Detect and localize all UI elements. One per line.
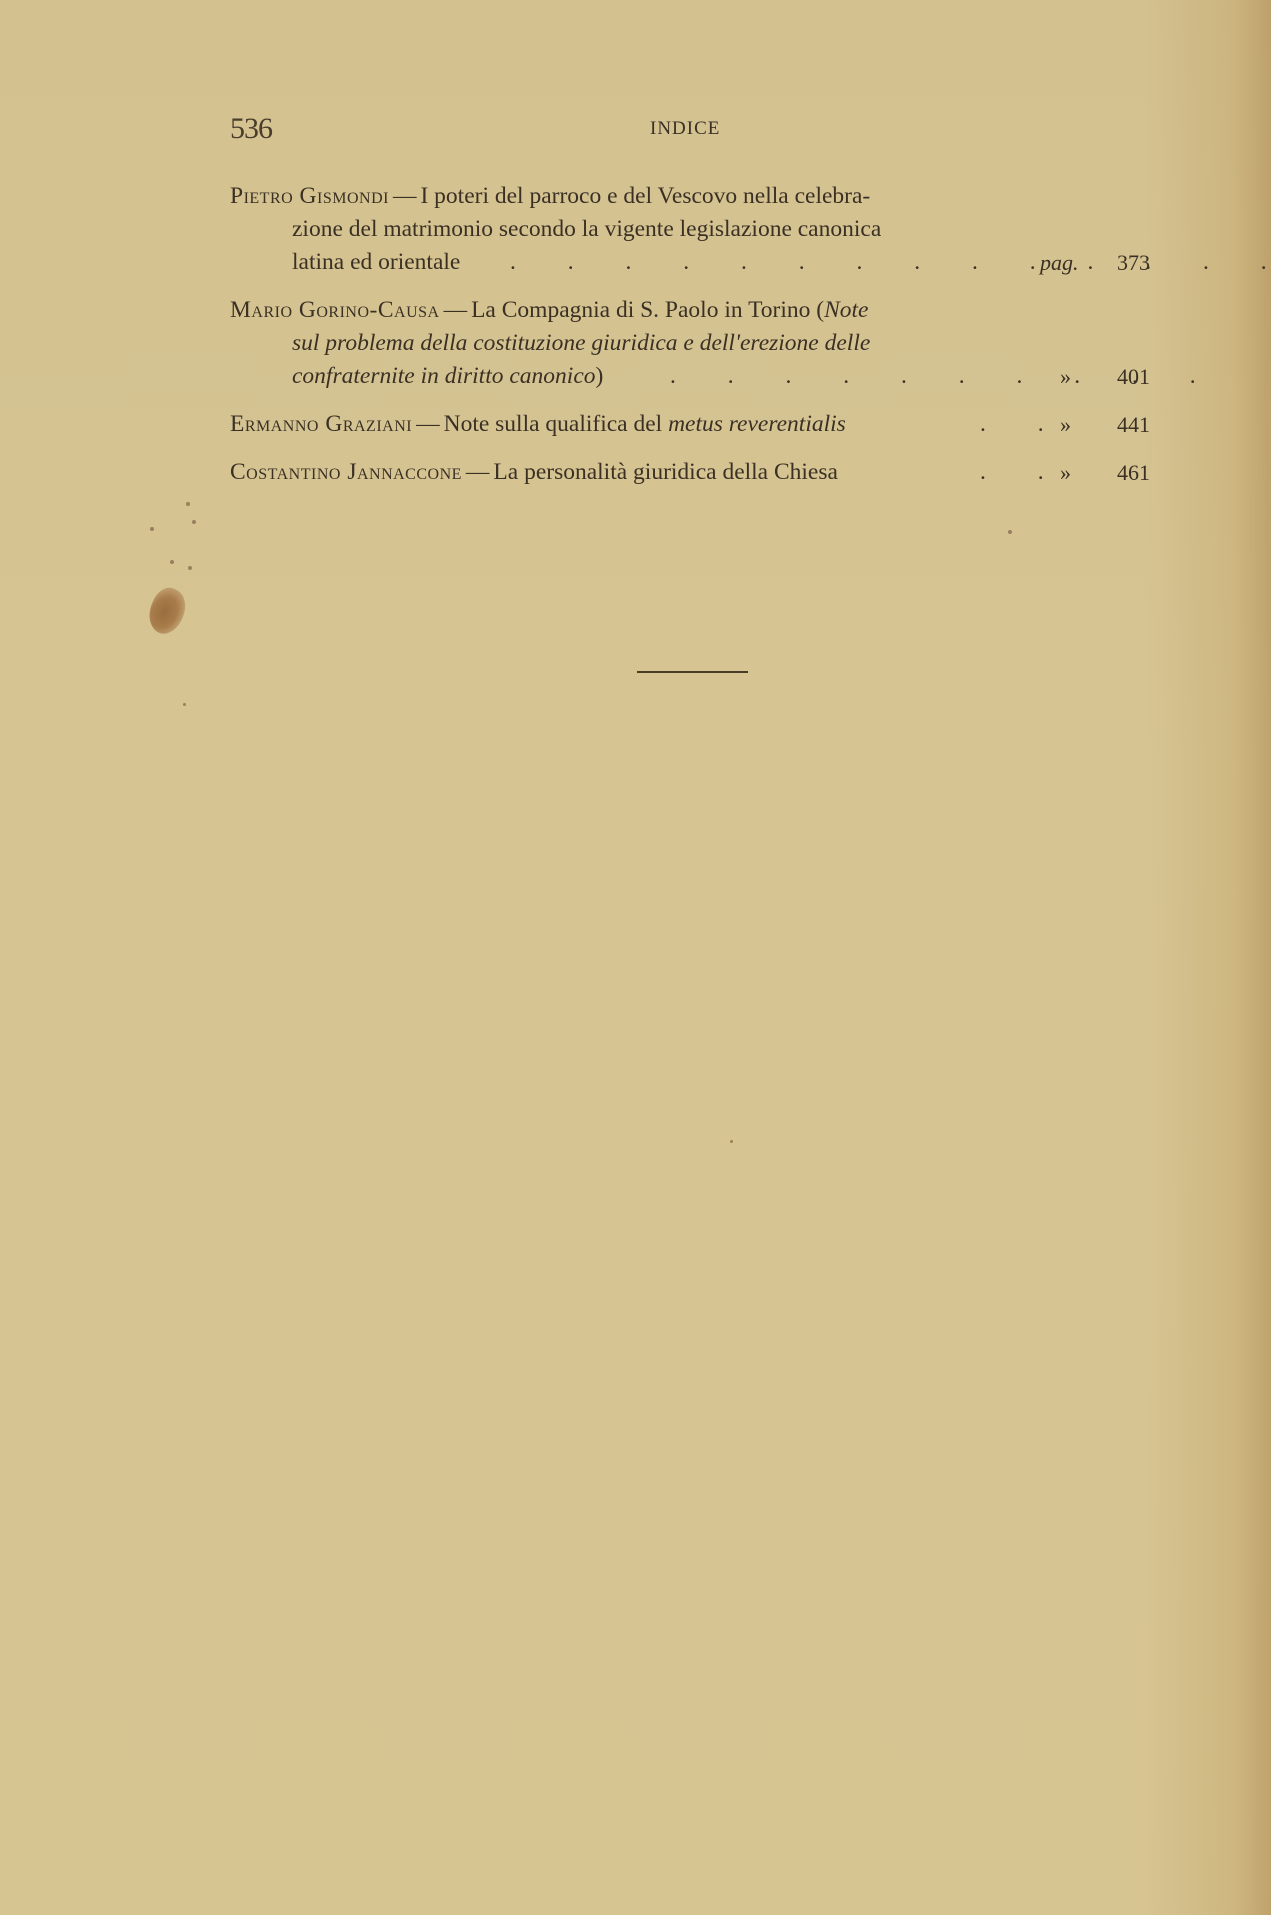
toc-entry: Mario Gorino-Causa—La Compagnia di S. Pa… [230, 294, 1150, 393]
page-reference: » 401 [1050, 360, 1150, 393]
entry-dash: — [466, 459, 490, 485]
paper-speck [730, 1140, 733, 1143]
entry-title-italic: metus reverentialis [668, 411, 846, 437]
page-reference: » 441 [1050, 408, 1150, 441]
ref-label: » [1060, 360, 1071, 393]
paper-stain [141, 583, 193, 640]
entry-title-line: La Compagnia di S. Paolo in Torino ( [471, 297, 824, 323]
toc-entry: Ermanno Graziani—Note sulla qualifica de… [230, 408, 1150, 441]
entry-title-line: ) [596, 363, 604, 389]
ref-page-number: 401 [1117, 360, 1150, 393]
entry-author: Pietro Gismondi [230, 183, 389, 209]
ref-label: » [1060, 408, 1071, 441]
entry-author: Costantino Jannaccone [230, 459, 462, 485]
page-reference: » 461 [1050, 456, 1150, 489]
entry-title-line: Note sulla qualifica del [444, 411, 668, 437]
dot-leader: . . . . . . . . . . . . . . [510, 246, 1271, 279]
table-of-contents: Pietro Gismondi—I poteri del parroco e d… [230, 180, 1150, 504]
toc-entry: Pietro Gismondi—I poteri del parroco e d… [230, 180, 1150, 279]
end-rule-divider [637, 671, 748, 673]
entry-dash: — [393, 183, 417, 209]
ref-label: » [1060, 456, 1071, 489]
entry-title-line: sul problema della costituzione giuridic… [292, 330, 870, 356]
paper-speck [192, 520, 196, 524]
toc-entry: Costantino Jannaccone—La personalità giu… [230, 456, 1150, 489]
ref-page-number: 441 [1117, 408, 1150, 441]
page-number: 536 [230, 112, 272, 146]
running-head: INDICE [650, 118, 720, 140]
entry-title-line: latina ed orientale [292, 249, 460, 275]
entry-title-italic: confraternite in diritto canonico [292, 363, 596, 389]
entry-author: Mario Gorino-Causa [230, 297, 440, 323]
ref-page-number: 461 [1117, 456, 1150, 489]
paper-speck [183, 703, 186, 706]
paper-speck [186, 502, 190, 506]
ref-label: pag. [1040, 246, 1079, 279]
entry-title-line: zione del matrimonio secondo la vigente … [292, 216, 881, 242]
entry-author: Ermanno Graziani [230, 411, 412, 437]
document-page: 536 INDICE Pietro Gismondi—I poteri del … [0, 0, 1271, 1915]
paper-speck [1008, 530, 1012, 534]
entry-dash: — [444, 297, 468, 323]
paper-speck [188, 566, 192, 570]
page-header: 536 INDICE [230, 112, 1150, 152]
paper-speck [150, 527, 154, 531]
paper-speck [170, 560, 174, 564]
entry-title-line: La personalità giuridica della Chiesa [493, 459, 838, 485]
entry-title-line: I poteri del parroco e del Vescovo nella… [420, 183, 870, 209]
page-reference: pag. 373 [1050, 246, 1150, 279]
entry-title-italic: Note [824, 297, 868, 323]
entry-dash: — [416, 411, 440, 437]
ref-page-number: 373 [1117, 246, 1150, 279]
